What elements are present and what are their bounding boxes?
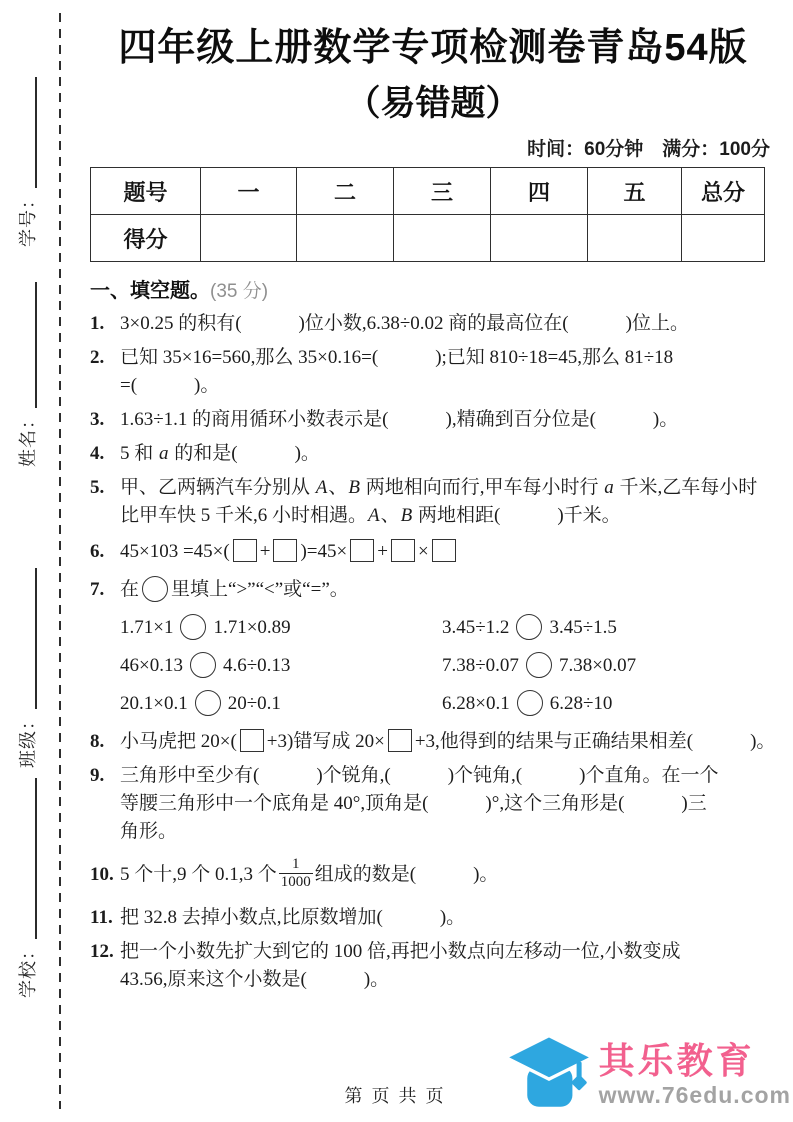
- question-6-number: 6.: [90, 538, 104, 566]
- brand-text-block: 其乐教育 www.76edu.com: [599, 1041, 791, 1109]
- question-2-line-2: =( )。: [120, 372, 776, 400]
- brand-logo: 其乐教育 www.76edu.com: [503, 1032, 791, 1118]
- question-9: 9. 三角形中至少有( )个锐角,( )个钝角,( )个直角。在一个 等腰三角形…: [90, 762, 776, 846]
- question-5-text: 两地相向而行,甲车每小时行: [361, 477, 603, 498]
- name-blank-line: [35, 282, 37, 408]
- question-12-line-1: 把一个小数先扩大到它的 100 倍,再把小数点向左移动一位,小数变成: [120, 938, 776, 966]
- sidebar-field-class: 班级：: [14, 568, 40, 768]
- comparison-row: 20.1×0.120÷0.1 6.28×0.16.28÷10: [120, 690, 776, 718]
- score-table: 题号 一 二 三 四 五 总分 得分: [90, 167, 765, 262]
- compare-circle: [142, 576, 168, 602]
- score-cell: [682, 215, 765, 262]
- score-table-header-row: 题号 一 二 三 四 五 总分: [91, 168, 765, 215]
- score-cell: [297, 215, 394, 262]
- question-5-line-2: 比甲车快 5 千米,6 小时相遇。A、B 两地相距( )千米。: [120, 502, 776, 530]
- comparison-item: 20.1×0.120÷0.1: [120, 690, 442, 718]
- right-expression: 3.45÷1.5: [549, 617, 616, 638]
- left-expression: 6.28×0.1: [442, 693, 510, 714]
- exam-time-score-info: 时间：60分钟 满分：100分: [90, 138, 776, 162]
- left-expression: 46×0.13: [120, 655, 183, 676]
- student-number-blank-line: [35, 77, 37, 188]
- question-9-line-3: 角形。: [120, 818, 776, 846]
- question-8: 8. 小马虎把 20×(+3)错写成 20×+3,他得到的结果与正确结果相差( …: [90, 728, 776, 756]
- exam-subtitle: （易错题）: [90, 84, 776, 124]
- question-12: 12. 把一个小数先扩大到它的 100 倍,再把小数点向左移动一位,小数变成 4…: [90, 938, 776, 994]
- brand-url: www.76edu.com: [599, 1081, 791, 1109]
- binding-dashed-line: [59, 13, 61, 1109]
- question-5-line-1: 甲、乙两辆汽车分别从 A、B 两地相向而行,甲车每小时行 a 千米,乙车每小时: [120, 474, 776, 502]
- question-1-number: 1.: [90, 310, 104, 338]
- question-11-text: 把 32.8 去掉小数点,比原数增加( )。: [120, 907, 465, 928]
- question-2: 2. 已知 35×16=560,那么 35×0.16=( );已知 810÷18…: [90, 344, 776, 400]
- compare-circle: [190, 652, 216, 678]
- question-8-text: +3)错写成 20×: [267, 731, 385, 752]
- comparison-item: 3.45÷1.23.45÷1.5: [442, 614, 764, 642]
- question-3-text: 1.63÷1.1 的商用循环小数表示是( ),精确到百分位是( )。: [120, 409, 678, 430]
- col-section-1: 一: [201, 168, 297, 215]
- variable-a: a: [158, 443, 170, 464]
- score-cell: [201, 215, 297, 262]
- question-2-number: 2.: [90, 344, 104, 372]
- class-blank-line: [35, 568, 37, 709]
- brand-name: 其乐教育: [599, 1041, 755, 1081]
- question-5-number: 5.: [90, 474, 104, 502]
- question-4: 4. 5 和 a 的和是( )。: [90, 440, 776, 468]
- col-question-number: 题号: [91, 168, 201, 215]
- question-5-text: 两地相距( )千米。: [413, 505, 620, 526]
- question-1: 1. 3×0.25 的积有( )位小数,6.38÷0.02 商的最高位在( )位…: [90, 310, 776, 338]
- name-label: 姓名：: [14, 410, 40, 467]
- comparison-row: 1.71×11.71×0.89 3.45÷1.23.45÷1.5: [120, 614, 776, 642]
- question-11: 11. 把 32.8 去掉小数点,比原数增加( )。: [90, 904, 776, 932]
- comparison-item: 7.38÷0.077.38×0.07: [442, 652, 764, 680]
- comparison-item: 6.28×0.16.28÷10: [442, 690, 764, 718]
- question-2-line-1: 已知 35×16=560,那么 35×0.16=( );已知 810÷18=45…: [120, 344, 776, 372]
- cap-tassel-knob: [570, 1074, 587, 1091]
- col-section-2: 二: [297, 168, 394, 215]
- left-expression: 3.45÷1.2: [442, 617, 509, 638]
- score-table-score-row: 得分: [91, 215, 765, 262]
- question-12-number: 12.: [90, 938, 114, 966]
- compare-circle: [517, 690, 543, 716]
- question-10-number: 10.: [90, 852, 114, 898]
- school-label: 学校：: [14, 941, 40, 998]
- question-6-text: +: [377, 541, 388, 562]
- fill-box: [432, 539, 456, 562]
- question-7: 7. 在里填上“>”“<”或“=”。 1.71×11.71×0.89 3.45÷…: [90, 576, 776, 718]
- question-4-text: 5 和: [120, 443, 158, 464]
- question-9-line-1: 三角形中至少有( )个锐角,( )个钝角,( )个直角。在一个: [120, 762, 776, 790]
- question-9-number: 9.: [90, 762, 104, 790]
- comparison-row: 46×0.134.6÷0.13 7.38÷0.077.38×0.07: [120, 652, 776, 680]
- page-footer: 第 页 共 页: [300, 1082, 490, 1108]
- question-10-text: 5 个十,9 个 0.1,3 个: [120, 864, 277, 885]
- exam-title: 四年级上册数学专项检测卷青岛54版: [90, 24, 776, 72]
- question-5: 5. 甲、乙两辆汽车分别从 A、B 两地相向而行,甲车每小时行 a 千米,乙车每…: [90, 474, 776, 530]
- class-label: 班级：: [14, 711, 40, 768]
- question-3-number: 3.: [90, 406, 104, 434]
- question-6-text: ×: [418, 541, 429, 562]
- col-section-3: 三: [394, 168, 491, 215]
- right-expression: 1.71×0.89: [213, 617, 290, 638]
- school-blank-line: [35, 778, 37, 939]
- question-5-text: 比甲车快 5 千米,6 小时相遇。: [120, 505, 367, 526]
- question-5-text: 千米,乙车每小时: [615, 477, 758, 498]
- question-10-text: 组成的数是( )。: [315, 864, 499, 885]
- question-1-text: 3×0.25 的积有( )位小数,6.38÷0.02 商的最高位在( )位上。: [120, 313, 689, 334]
- right-expression: 20÷0.1: [228, 693, 281, 714]
- fraction-denominator: 1000: [279, 873, 313, 891]
- variable-B: B: [400, 505, 414, 526]
- left-expression: 1.71×1: [120, 617, 173, 638]
- fill-box: [388, 729, 412, 752]
- col-section-4: 四: [491, 168, 588, 215]
- fill-box: [391, 539, 415, 562]
- compare-circle: [526, 652, 552, 678]
- question-8-text: 小马虎把 20×(: [120, 731, 237, 752]
- sidebar-field-student-number: 学号：: [14, 77, 40, 247]
- col-total: 总分: [682, 168, 765, 215]
- sidebar-field-school: 学校：: [14, 778, 40, 998]
- compare-circle: [180, 614, 206, 640]
- question-4-number: 4.: [90, 440, 104, 468]
- sidebar-field-name: 姓名：: [14, 282, 40, 467]
- question-5-text: 甲、乙两辆汽车分别从: [120, 477, 315, 498]
- score-cell: [588, 215, 682, 262]
- question-3: 3. 1.63÷1.1 的商用循环小数表示是( ),精确到百分位是( )。: [90, 406, 776, 434]
- question-6-text: )=45×: [300, 541, 347, 562]
- score-cell: [491, 215, 588, 262]
- section-1-points: (35 分): [210, 281, 268, 302]
- question-6: 6. 45×103 =45×(+)=45×+×: [90, 538, 776, 566]
- variable-A: A: [367, 505, 381, 526]
- section-1-heading: 一、填空题。(35 分): [90, 274, 776, 303]
- question-8-text: +3,他得到的结果与正确结果相差( )。: [415, 731, 776, 752]
- question-7-text: 在: [120, 579, 139, 600]
- question-6-text: 45×103 =45×(: [120, 541, 230, 562]
- student-number-label: 学号：: [14, 190, 40, 247]
- question-7-intro: 在里填上“>”“<”或“=”。: [120, 576, 776, 604]
- question-12-line-2: 43.56,原来这个小数是( )。: [120, 966, 776, 994]
- content-area: 四年级上册数学专项检测卷青岛54版 （易错题） 时间：60分钟 满分：100分 …: [90, 0, 776, 1000]
- comparison-grid: 1.71×11.71×0.89 3.45÷1.23.45÷1.5 46×0.13…: [120, 614, 776, 718]
- section-1-title: 一、填空题。: [90, 280, 210, 302]
- fill-box: [233, 539, 257, 562]
- col-section-5: 五: [588, 168, 682, 215]
- question-6-text: +: [260, 541, 271, 562]
- question-5-text: 、: [328, 477, 347, 498]
- question-9-line-2: 等腰三角形中一个底角是 40°,顶角是( )°,这个三角形是( )三: [120, 790, 776, 818]
- right-expression: 7.38×0.07: [559, 655, 636, 676]
- question-10: 10. 5 个十,9 个 0.1,3 个11000组成的数是( )。: [90, 852, 776, 898]
- left-expression: 20.1×0.1: [120, 693, 188, 714]
- variable-B: B: [347, 477, 361, 498]
- right-expression: 4.6÷0.13: [223, 655, 290, 676]
- fraction: 11000: [279, 856, 313, 892]
- comparison-item: 46×0.134.6÷0.13: [120, 652, 442, 680]
- comparison-item: 1.71×11.71×0.89: [120, 614, 442, 642]
- question-7-number: 7.: [90, 576, 104, 604]
- fill-box: [350, 539, 374, 562]
- right-expression: 6.28÷10: [550, 693, 613, 714]
- compare-circle: [516, 614, 542, 640]
- fill-box: [240, 729, 264, 752]
- variable-a: a: [603, 477, 615, 498]
- score-cell: [394, 215, 491, 262]
- fraction-numerator: 1: [279, 856, 313, 873]
- variable-A: A: [315, 477, 329, 498]
- fill-box: [273, 539, 297, 562]
- left-expression: 7.38÷0.07: [442, 655, 519, 676]
- question-7-text: 里填上“>”“<”或“=”。: [171, 579, 349, 600]
- graduation-cap-icon: [503, 1032, 595, 1118]
- question-11-number: 11.: [90, 904, 113, 932]
- question-4-text: 的和是( )。: [170, 443, 320, 464]
- question-5-text: 、: [381, 505, 400, 526]
- compare-circle: [195, 690, 221, 716]
- question-8-number: 8.: [90, 728, 104, 756]
- exam-page: 学号： 姓名： 班级： 学校： 四年级上册数学专项检测卷青岛54版 （易错题） …: [0, 0, 793, 1122]
- score-row-label: 得分: [91, 215, 201, 262]
